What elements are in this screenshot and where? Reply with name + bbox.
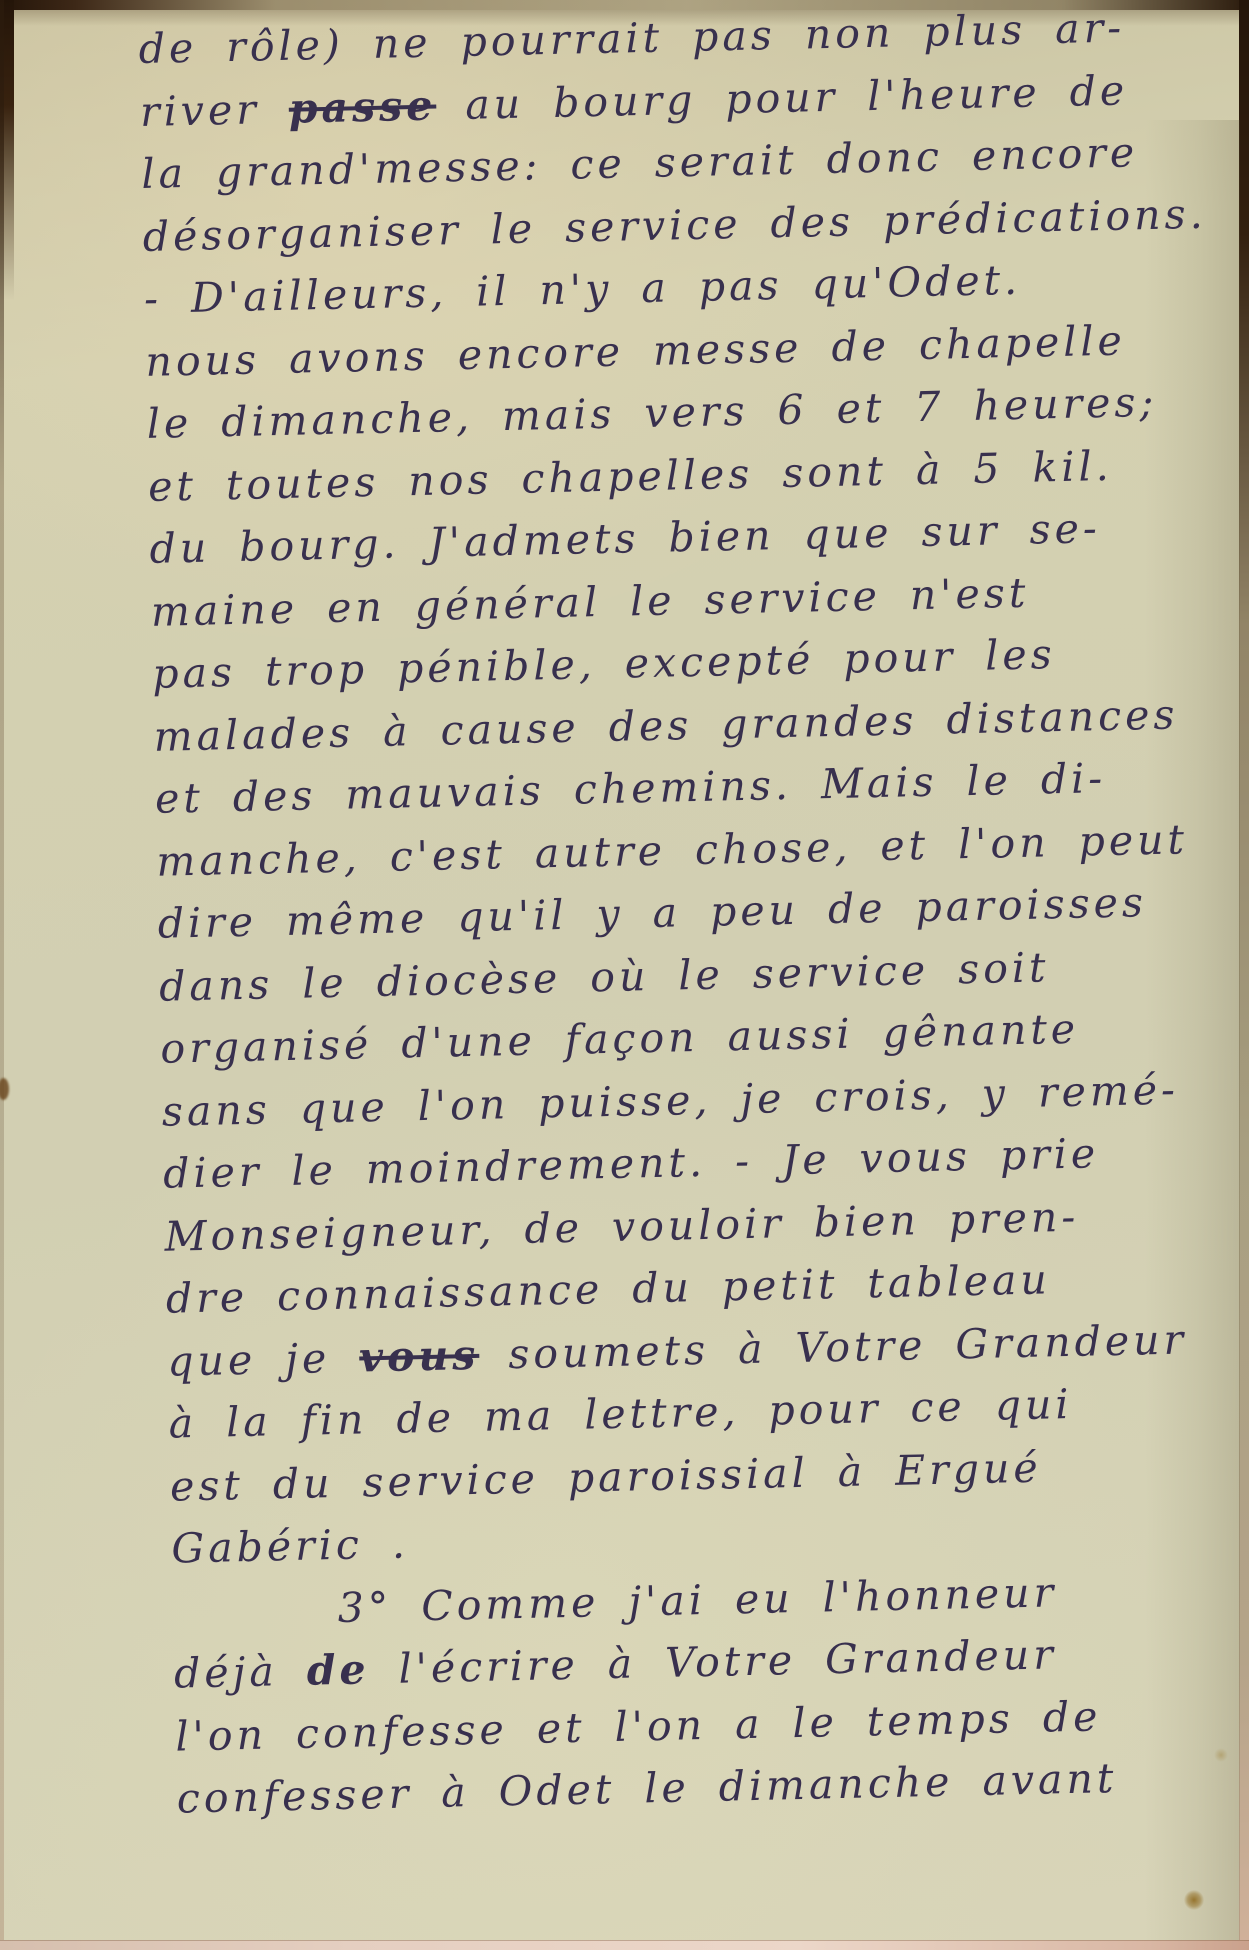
scan-edge-left — [0, 0, 4, 1950]
struck-word: passe — [288, 81, 436, 132]
text-segment: de — [306, 1645, 370, 1694]
text-segment: l'écrire à Votre Grandeur — [369, 1630, 1057, 1693]
ink-speck — [0, 1078, 9, 1100]
text-segment: maine en général le service n'est — [150, 568, 1029, 635]
text-segment: soumets à Votre Grandeur — [479, 1315, 1188, 1378]
text-segment: dre connaissance du petit tableau — [165, 1255, 1051, 1322]
struck-word: vous — [359, 1330, 480, 1381]
text-segment: Gabéric . — [171, 1519, 409, 1572]
text-segment: 3° Comme j'ai eu l'honneur — [337, 1568, 1057, 1632]
letter-body: de rôle) ne pourrait pas non plus ar-riv… — [138, 0, 1249, 1830]
text-segment: confesser à Odet le dimanche avant — [176, 1754, 1117, 1823]
text-segment: déjà — [174, 1647, 308, 1698]
text-segment: au bourg pour l'heure de — [436, 66, 1129, 129]
scan-edge-bottom — [0, 1940, 1249, 1950]
text-segment: pas trop pénible, excepté pour les — [152, 630, 1056, 698]
manuscript-page: de rôle) ne pourrait pas non plus ar-riv… — [0, 0, 1249, 1950]
paper-stain — [1184, 1890, 1204, 1910]
text-segment: que je — [167, 1333, 360, 1385]
text-segment: à la fin de ma lettre, pour ce qui — [168, 1380, 1073, 1448]
text-segment: river — [140, 84, 290, 135]
text-segment: dans le diocèse où le service soit — [159, 943, 1050, 1010]
text-segment: est du service paroissial à Ergué — [170, 1443, 1043, 1510]
text-segment: organisé d'une façon aussi gênante — [160, 1005, 1080, 1073]
text-segment: - D'ailleurs, il n'y a pas qu'Odet. — [144, 256, 1022, 323]
